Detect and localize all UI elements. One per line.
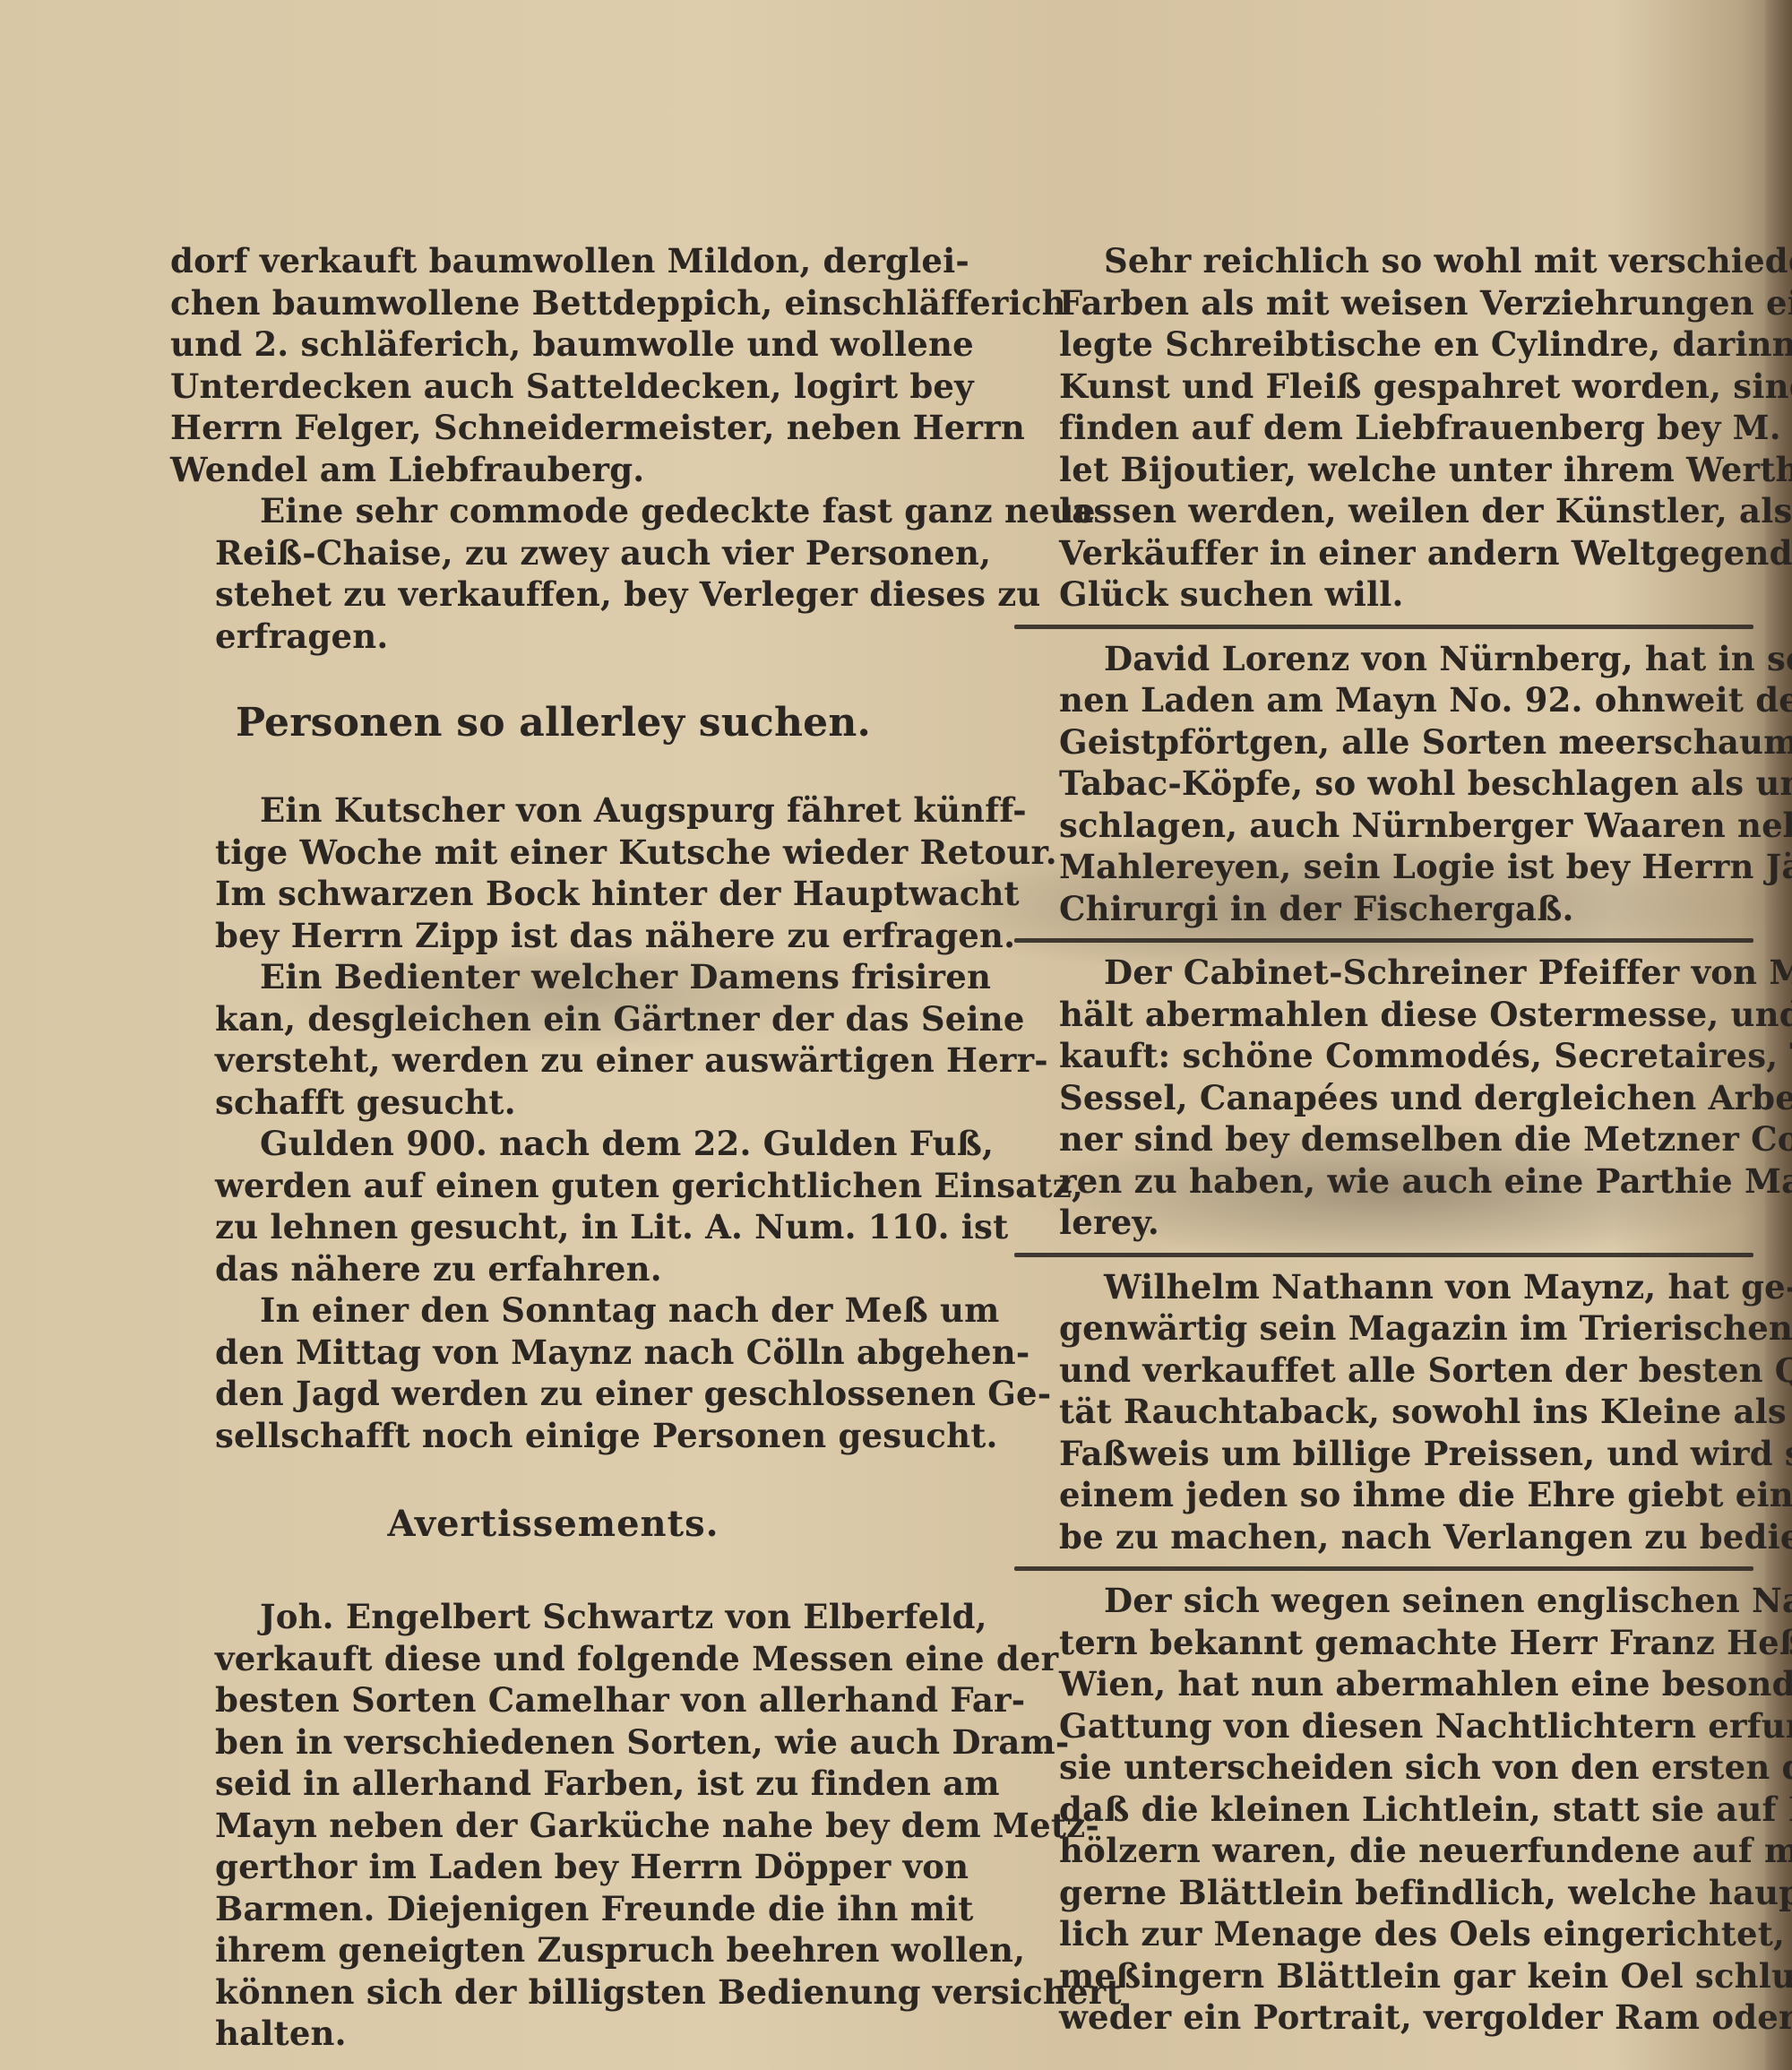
text-line: finden auf dem Liebfrauenberg bey M. Mol… [1014, 407, 1753, 449]
text-line: dorf verkauft baumwollen Mildon, derglei… [170, 240, 936, 282]
text-line: den Jagd werden zu einer geschlossenen G… [170, 1373, 936, 1415]
section-heading-avertissements: Avertissements. [170, 1497, 936, 1551]
text-line: können sich der billigsten Bedienung ver… [170, 1971, 936, 2014]
text-line: Der Cabinet-Schreiner Pfeiffer von Metz [1014, 952, 1753, 994]
text-line: halten. [170, 2013, 936, 2055]
text-line: den Mittag von Maynz nach Cölln abgehen- [170, 1332, 936, 1374]
text-line: seid in allerhand Farben, ist zu finden … [170, 1763, 936, 1805]
text-line: und verkauffet alle Sorten der besten Qu… [1014, 1350, 1753, 1392]
text-line: tige Woche mit einer Kutsche wieder Reto… [170, 832, 936, 874]
right-column: Sehr reichlich so wohl mit verschiedenen… [1014, 240, 1753, 2039]
text-line: Tabac-Köpfe, so wohl beschlagen als unbe… [1014, 763, 1753, 805]
text-line: lerey. [1014, 1202, 1753, 1244]
text-line: Mahlereyen, sein Logie ist bey Herrn Jäg… [1014, 846, 1753, 888]
text-line: sie unterscheiden sich von den ersten da… [1014, 1747, 1753, 1789]
text-line: let Bijoutier, welche unter ihrem Werth … [1014, 449, 1753, 491]
schwartz-paragraph: Joh. Engelbert Schwartz von Elberfeld, v… [170, 1596, 936, 2055]
text-line: genwärtig sein Magazin im Trierischen Ho… [1014, 1307, 1753, 1350]
text-line: Sessel, Canapées und dergleichen Arbeit.… [1014, 1077, 1753, 1119]
text-line: In einer den Sonntag nach der Meß um [170, 1289, 936, 1332]
text-line: gerthor im Laden bey Herrn Döpper von [170, 1846, 936, 1888]
text-line: hält abermahlen diese Ostermesse, und ve… [1014, 994, 1753, 1036]
nathann-paragraph: Wilhelm Nathann von Maynz, hat ge- genwä… [1014, 1266, 1753, 1558]
text-line: tern bekannt gemachte Herr Franz Heß aus [1014, 1622, 1753, 1664]
continued-advert-paragraph: dorf verkauft baumwollen Mildon, derglei… [170, 240, 936, 490]
text-line: Herrn Felger, Schneidermeister, neben He… [170, 407, 936, 449]
text-line: Mayn neben der Garküche nahe bey dem Met… [170, 1805, 936, 1847]
text-line: zu lehnen gesucht, in Lit. A. Num. 110. … [170, 1206, 936, 1248]
text-line: ihrem geneigten Zuspruch beehren wollen, [170, 1929, 936, 1971]
text-line: bey Herrn Zipp ist das nähere zu erfrage… [170, 915, 936, 957]
text-line: Farben als mit weisen Verziehrungen eing… [1014, 282, 1753, 324]
text-line: Reiß-Chaise, zu zwey auch vier Personen, [170, 532, 936, 574]
text-line: meßingern Blättlein gar kein Oel schluck… [1014, 1955, 1753, 1997]
text-line: Wendel am Liebfrauberg. [170, 449, 936, 491]
text-line: stehet zu verkauffen, bey Verleger diese… [170, 574, 936, 616]
text-line: weder ein Portrait, vergolder Ram oder s… [1014, 1997, 1753, 2039]
text-line: Wien, hat nun abermahlen eine besondere [1014, 1663, 1753, 1705]
text-line: Eine sehr commode gedeckte fast ganz neu… [170, 490, 936, 532]
text-line: tät Rauchtaback, sowohl ins Kleine als a… [1014, 1391, 1753, 1433]
text-line: Im schwarzen Bock hinter der Hauptwacht [170, 873, 936, 915]
text-line: Verkäuffer in einer andern Weltgegend se… [1014, 532, 1753, 574]
text-line: werden auf einen guten gerichtlichen Ein… [170, 1165, 936, 1207]
left-column: dorf verkauft baumwollen Mildon, derglei… [170, 240, 936, 2055]
text-line: lich zur Menage des Oels eingerichtet, d… [1014, 1913, 1753, 1955]
schreibtische-paragraph: Sehr reichlich so wohl mit verschiedenen… [1014, 240, 1753, 616]
text-line: sellschafft noch einige Personen gesucht… [170, 1415, 936, 1457]
text-line: ben in verschiedenen Sorten, wie auch Dr… [170, 1721, 936, 1764]
text-line: nen Laden am Mayn No. 92. ohnweit dem [1014, 679, 1753, 721]
text-line: besten Sorten Camelhar von allerhand Far… [170, 1679, 936, 1721]
text-line: daß die kleinen Lichtlein, statt sie auf… [1014, 1789, 1753, 1831]
text-line: legte Schreibtische en Cylindre, darinne… [1014, 323, 1753, 366]
text-line: erfragen. [170, 616, 936, 658]
text-line: Glück suchen will. [1014, 574, 1753, 616]
text-line: lassen werden, weilen der Künstler, als … [1014, 490, 1753, 532]
text-line: chen baumwollene Bettdeppich, einschläff… [170, 282, 936, 324]
pfeiffer-paragraph: Der Cabinet-Schreiner Pfeiffer von Metz … [1014, 952, 1753, 1244]
text-line: Wilhelm Nathann von Maynz, hat ge- [1014, 1266, 1753, 1308]
text-line: Gattung von diesen Nachtlichtern erfunde… [1014, 1705, 1753, 1747]
text-line: hölzern waren, die neuerfundene auf meßi… [1014, 1830, 1753, 1872]
text-line: verkauft diese und folgende Messen eine … [170, 1638, 936, 1680]
text-line: das nähere zu erfahren. [170, 1248, 936, 1290]
text-line: Gulden 900. nach dem 22. Gulden Fuß, [170, 1123, 936, 1165]
text-line: kan, desgleichen ein Gärtner der das Sei… [170, 998, 936, 1040]
text-line: Unterdecken auch Satteldecken, logirt be… [170, 366, 936, 408]
text-line: Geistpförtgen, alle Sorten meerschaumene [1014, 721, 1753, 763]
text-line: Sehr reichlich so wohl mit verschiedenen [1014, 240, 1753, 282]
text-line: kauft: schöne Commodés, Secretaires, Tis… [1014, 1035, 1753, 1077]
text-line: Der sich wegen seinen englischen Nachtli… [1014, 1580, 1753, 1622]
text-line: David Lorenz von Nürnberg, hat in sei- [1014, 638, 1753, 680]
divider-rule [1014, 938, 1753, 943]
text-line: und 2. schläferich, baumwolle und wollen… [170, 323, 936, 366]
newspaper-page: dorf verkauft baumwollen Mildon, derglei… [0, 0, 1792, 2070]
text-line: Ein Kutscher von Augspurg fähret künff- [170, 789, 936, 832]
hess-paragraph: Der sich wegen seinen englischen Nachtli… [1014, 1580, 1753, 2039]
divider-rule [1014, 625, 1753, 629]
chaise-advert-paragraph: Eine sehr commode gedeckte fast ganz neu… [170, 490, 936, 657]
section-heading-personen: Personen so allerley suchen. [170, 696, 936, 750]
jagd-paragraph: In einer den Sonntag nach der Meß um den… [170, 1289, 936, 1456]
text-line: be zu machen, nach Verlangen zu bedienen… [1014, 1516, 1753, 1558]
text-line: Chirurgi in der Fischergaß. [1014, 888, 1753, 930]
text-line: Kunst und Fleiß gespahret worden, sind z… [1014, 366, 1753, 408]
text-line: gerne Blättlein befindlich, welche haupt… [1014, 1872, 1753, 1914]
text-line: schafft gesucht. [170, 1082, 936, 1124]
gulden-paragraph: Gulden 900. nach dem 22. Gulden Fuß, wer… [170, 1123, 936, 1289]
text-line: einem jeden so ihme die Ehre giebt eine … [1014, 1474, 1753, 1516]
lorenz-paragraph: David Lorenz von Nürnberg, hat in sei- n… [1014, 638, 1753, 930]
text-line: schlagen, auch Nürnberger Waaren nebst [1014, 805, 1753, 847]
text-line: versteht, werden zu einer auswärtigen He… [170, 1039, 936, 1082]
text-line: Ein Bedienter welcher Damens frisiren [170, 956, 936, 998]
text-line: Barmen. Diejenigen Freunde die ihn mit [170, 1888, 936, 1930]
divider-rule [1014, 1253, 1753, 1257]
text-line: ner sind bey demselben die Metzner Confe… [1014, 1118, 1753, 1160]
kutscher-paragraph: Ein Kutscher von Augspurg fähret künff- … [170, 789, 936, 956]
text-line: ren zu haben, wie auch eine Parthie Mah- [1014, 1160, 1753, 1203]
text-line: Faßweis um billige Preissen, und wird su… [1014, 1433, 1753, 1475]
bedienter-paragraph: Ein Bedienter welcher Damens frisiren ka… [170, 956, 936, 1123]
divider-rule [1014, 1566, 1753, 1571]
text-line: Joh. Engelbert Schwartz von Elberfeld, [170, 1596, 936, 1638]
